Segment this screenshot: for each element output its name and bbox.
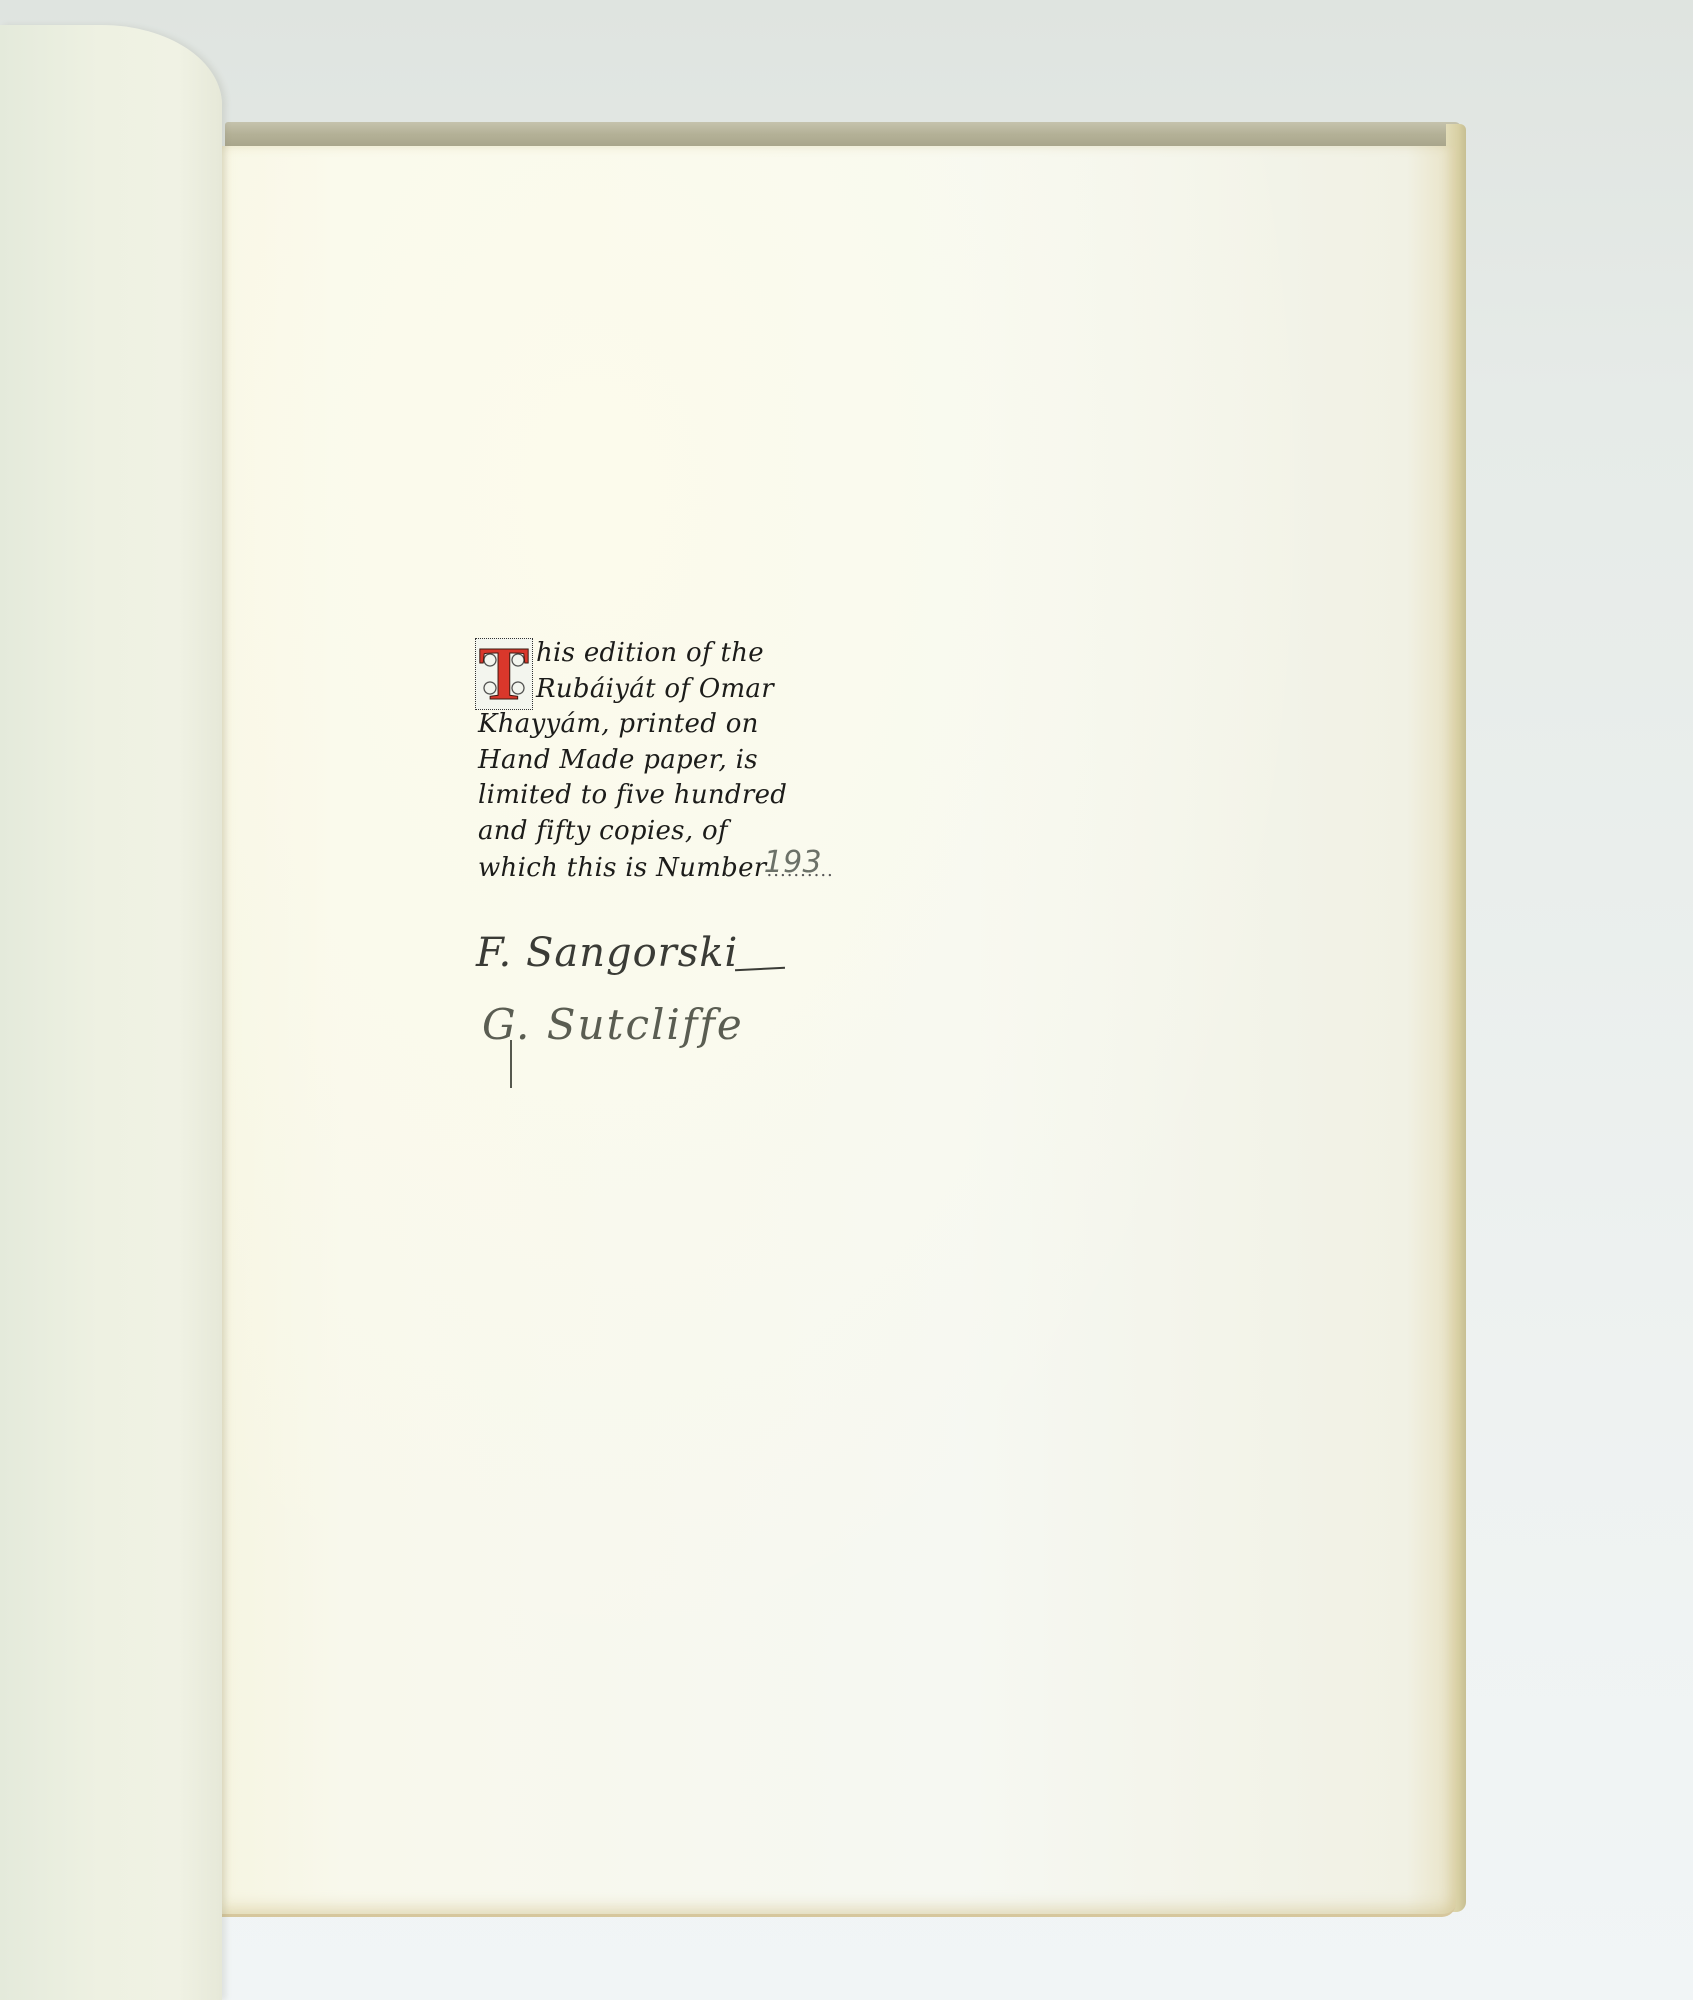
limitation-statement: T his edition of the Rubáiyát of Omar Kh… xyxy=(478,636,918,885)
facing-page-curl xyxy=(0,25,222,2000)
book-cover-top-edge xyxy=(225,122,1461,146)
statement-line: and fifty copies, of xyxy=(478,814,918,850)
illuminated-dropcap: T xyxy=(475,638,533,710)
statement-line: Hand Made paper, is xyxy=(478,743,918,779)
statement-line: Khayyám, printed on xyxy=(478,707,918,743)
signature-descender xyxy=(510,1040,512,1088)
statement-line: his edition of the xyxy=(478,636,918,672)
statement-line: Rubáiyát of Omar xyxy=(478,672,918,708)
statement-line: which this is Number xyxy=(478,853,767,883)
signature-sangorski: F. Sangorski xyxy=(476,930,738,976)
dropcap-letter: T xyxy=(479,639,530,709)
statement-line: limited to five hundred xyxy=(478,778,918,814)
statement-number-line: which this is Number..........193 xyxy=(478,849,918,885)
copy-number: 193 xyxy=(764,845,822,880)
signature-sutcliffe: G. Sutcliffe xyxy=(482,1000,744,1049)
limitation-page xyxy=(222,146,1456,1917)
